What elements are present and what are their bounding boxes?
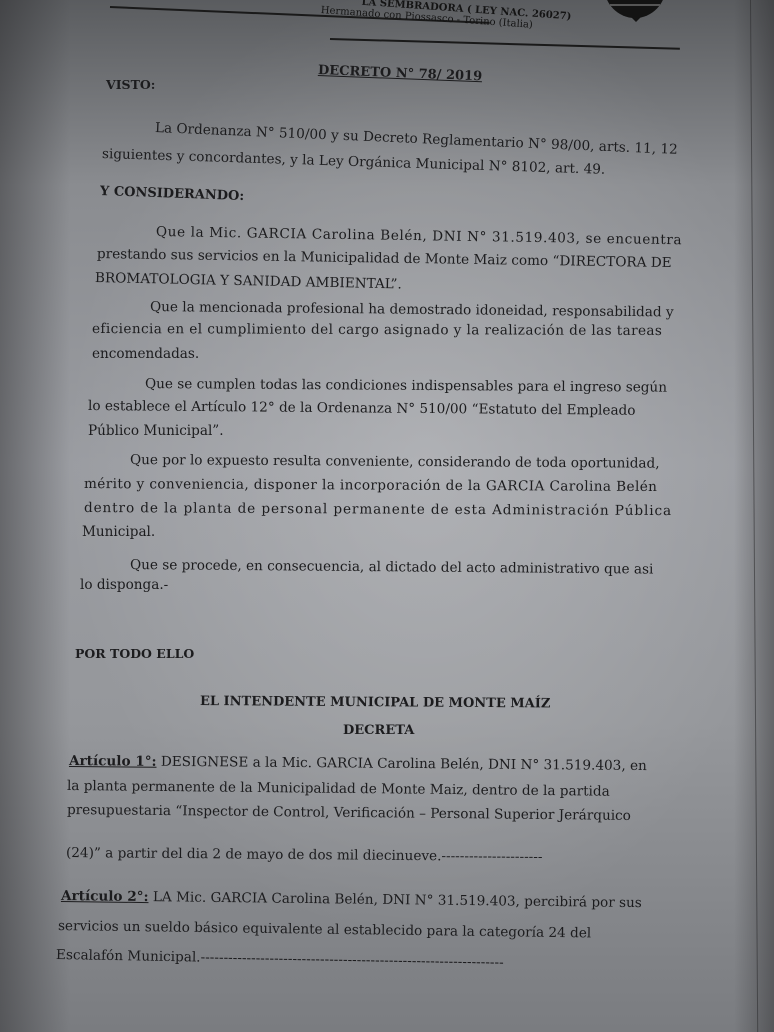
article-2-line-3: Escalafón Municipal.--------------------…: [56, 947, 504, 971]
considerando-p5-line-2: lo disponga.-: [80, 577, 168, 593]
por-todo-ello: POR TODO ELLO: [75, 646, 194, 662]
considerando-p3-line-3: Público Municipal”.: [88, 423, 224, 439]
considerando-p2-line-2: eficiencia en el cumplimiento del cargo …: [92, 321, 662, 339]
considerando-p5-line-1: Que se procede, en consecuencia, al dict…: [130, 557, 653, 578]
article-2-label: Artículo 2°:: [61, 888, 149, 905]
decree-title: DECRETO N° 78/ 2019: [318, 63, 483, 85]
shadow-left: [0, 0, 70, 1032]
considerando-p4-line-1: Que por lo expuesto resulta conveniente,…: [130, 452, 660, 472]
municipal-shield-icon: [604, 0, 666, 18]
article-1-label: Artículo 1°:: [69, 753, 157, 770]
decreta-heading: DECRETA: [343, 723, 414, 739]
considerando-p4-line-2: mérito y conveniencia, disponer la incor…: [84, 476, 657, 495]
article-2-line-2: servicios un sueldo básico equivalente a…: [58, 918, 591, 941]
letterhead: LA SEMBRADORA ( LEY NAC. 26027) Hermanad…: [320, 0, 571, 33]
considerando-p2-line-3: encomendadas.: [92, 346, 199, 362]
considerando-p4-line-3: dentro de la planta de personal permanen…: [84, 500, 672, 519]
considerando-p2-line-1: Que la mencionada profesional ha demostr…: [150, 299, 674, 320]
article-1-line-4: (24)” a partir del dia 2 de mayo de dos …: [66, 845, 543, 865]
document-photo: LA SEMBRADORA ( LEY NAC. 26027) Hermanad…: [0, 0, 774, 1032]
considerando-p1-line-2: prestando sus servicios en la Municipali…: [97, 246, 672, 271]
authority-heading: EL INTENDENTE MUNICIPAL DE MONTE MAÍZ: [200, 694, 550, 712]
article-1: Artículo 1°: DESIGNESE a la Mic. GARCIA …: [69, 753, 647, 774]
considerando-p1-line-3: BROMATOLOGIA Y SANIDAD AMBIENTAL”.: [95, 270, 402, 292]
considerando-p4-line-4: Municipal.: [82, 524, 155, 540]
article-2: Artículo 2°: LA Mic. GARCIA Carolina Bel…: [61, 888, 642, 911]
visto-heading: VISTO:: [106, 77, 155, 93]
considerando-heading: Y CONSIDERANDO:: [100, 184, 245, 205]
article-2-line-1: LA Mic. GARCIA Carolina Belén, DNI N° 31…: [148, 889, 641, 911]
article-1-line-1: DESIGNESE a la Mic. GARCIA Carolina Belé…: [156, 754, 646, 774]
letterhead-rule-bottom: [330, 38, 680, 50]
article-1-line-2: la planta permanente de la Municipalidad…: [67, 778, 610, 800]
considerando-p3-line-1: Que se cumplen todas las condiciones ind…: [145, 376, 667, 396]
considerando-p1-line-1: Que la Mic. GARCIA Carolina Belén, DNI N…: [156, 224, 682, 248]
article-1-line-3: presupuestaria “Inspector de Control, Ve…: [67, 802, 631, 824]
considerando-p3-line-2: lo establece el Artículo 12° de la Orden…: [88, 398, 636, 419]
